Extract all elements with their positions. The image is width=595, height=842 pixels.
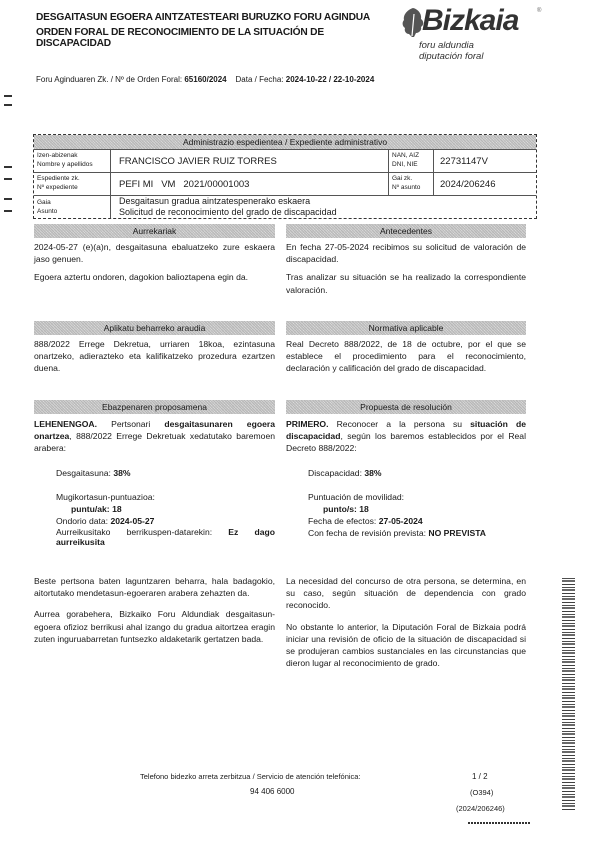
note-p2-es: No obstante lo anterior, la Diputación F… bbox=[286, 621, 526, 670]
section-header-propuesta: Propuesta de resolución bbox=[286, 400, 526, 414]
mobility-label-es: Puntuación de movilidad: bbox=[286, 491, 526, 503]
effect-date-eu: Ondorio data: 2024-05-27 bbox=[34, 515, 275, 527]
propuesta-text-eu: LEHENENGOA. Pertsonari desgaitasunaren e… bbox=[34, 418, 275, 547]
review-label-eu: Aurreikusitako berrikuspen-datarekin: bbox=[56, 527, 228, 537]
propuesta-lead-eu: LEHENENGOA. bbox=[34, 419, 97, 429]
antecedentes-text-eu: 2024-05-27 (e)(a)n, desgaitasuna ebaluat… bbox=[34, 241, 275, 290]
effect-date-label-es: Fecha de efectos: bbox=[308, 516, 379, 526]
propuesta-lead-es: PRIMERO. bbox=[286, 419, 329, 429]
antecedentes-text-es: En fecha 27-05-2024 recibimos su solicit… bbox=[286, 241, 526, 302]
title-spanish-line2: DISCAPACIDAD bbox=[36, 38, 111, 50]
antecedentes-p1-eu: 2024-05-27 (e)(a)n, desgaitasuna ebaluat… bbox=[34, 241, 275, 265]
propuesta-t1-es: Reconocer a la persona su bbox=[329, 419, 471, 429]
expediente-header: Administrazio espedientea / Expediente a… bbox=[34, 135, 536, 150]
expediente-label: Espediente zk. Nº expediente bbox=[34, 173, 111, 195]
date-label: Data / Fecha: bbox=[236, 75, 284, 84]
antecedentes-p1-es: En fecha 27-05-2024 recibimos su solicit… bbox=[286, 241, 526, 265]
disability-eu: Desgaitasuna: 38% bbox=[34, 467, 275, 479]
disability-value-eu: 38% bbox=[113, 468, 130, 478]
section-header-proposamena: Ebazpenaren proposamena bbox=[34, 400, 275, 414]
mobility-points-es: punto/s: 18 bbox=[286, 503, 526, 515]
asunto-value-eu: Desgaitasun gradua aintzatespenerako esk… bbox=[119, 196, 310, 207]
disability-label-eu: Desgaitasuna: bbox=[56, 468, 113, 478]
scan-mark bbox=[4, 198, 12, 200]
phone-label: Telefono bidezko arreta zerbitzua / Serv… bbox=[140, 772, 361, 781]
page-indicator: 1 / 2 bbox=[472, 772, 488, 781]
dni-label: NAN, AIZ DNI, NIE bbox=[389, 150, 434, 172]
logo-sub-basque: foru aldundia bbox=[419, 40, 474, 51]
asunto-value: Desgaitasun gradua aintzatespenerako esk… bbox=[111, 196, 345, 218]
name-label: Izen-abizenak Nombre y apellidos bbox=[34, 150, 111, 172]
asunto-label: Gaia Asunto bbox=[34, 196, 111, 218]
asunto-value-es: Solicitud de reconocimiento del grado de… bbox=[119, 207, 337, 218]
expediente-label-eu: Espediente zk. bbox=[37, 174, 107, 183]
propuesta-t2-eu: , 888/2022 Errege Dekretuak xedatutako b… bbox=[34, 431, 275, 453]
antecedentes-p2-eu: Egoera aztertu ondoren, dagokion baliozt… bbox=[34, 271, 275, 283]
scan-mark bbox=[4, 210, 12, 212]
note-p1-es: La necesidad del concurso de otra person… bbox=[286, 575, 526, 612]
asunto-number-label: Gai zk. Nº asunto bbox=[389, 173, 434, 195]
review-label-es: Con fecha de revisión prevista: bbox=[308, 528, 428, 538]
asunto-number-value: 2024/206246 bbox=[434, 173, 536, 195]
propuesta-text-es: PRIMERO. Reconocer a la persona su situa… bbox=[286, 418, 526, 540]
bizkaia-logo: Bizkaia foru aldundia diputación foral bbox=[400, 4, 550, 74]
mobility-points-label-eu: puntu/ak: bbox=[71, 504, 112, 514]
asunto-number-label-es: Nº asunto bbox=[392, 183, 430, 192]
document-code: (O394) bbox=[470, 788, 493, 797]
disability-value-es: 38% bbox=[364, 468, 381, 478]
scan-mark bbox=[4, 104, 12, 106]
note-p1-eu: Beste pertsona baten laguntzaren beharra… bbox=[34, 575, 275, 599]
effect-date-value-eu: 2024-05-27 bbox=[110, 516, 154, 526]
mobility-points-eu: puntu/ak: 18 bbox=[34, 503, 275, 515]
notes-eu: Beste pertsona baten laguntzaren beharra… bbox=[34, 575, 275, 651]
scan-mark bbox=[4, 95, 12, 97]
order-line: Foru Aginduaren Zk. / Nº de Orden Foral:… bbox=[36, 75, 374, 84]
effect-date-es: Fecha de efectos: 27-05-2024 bbox=[286, 515, 526, 527]
scan-mark bbox=[4, 178, 12, 180]
expediente-value: PEFI MI VM 2021/00001003 bbox=[111, 173, 389, 195]
mobility-points-label-es: punto/s: bbox=[323, 504, 359, 514]
effect-date-value-es: 27-05-2024 bbox=[379, 516, 423, 526]
expediente-label-es: Nº expediente bbox=[37, 183, 107, 192]
small-barcode bbox=[468, 822, 530, 824]
mobility-points-value-es: 18 bbox=[359, 504, 369, 514]
disability-label-es: Discapacidad: bbox=[308, 468, 364, 478]
title-basque: DESGAITASUN EGOERA AINTZATESTEARI BURUZK… bbox=[36, 12, 370, 24]
date-value: 2024-10-22 / 22-10-2024 bbox=[286, 75, 375, 84]
logo-sub-spanish: diputación foral bbox=[419, 51, 483, 62]
name-label-es: Nombre y apellidos bbox=[37, 160, 107, 169]
logo-brand: Bizkaia bbox=[422, 4, 518, 38]
notes-es: La necesidad del concurso de otra person… bbox=[286, 575, 526, 675]
effect-date-label-eu: Ondorio data: bbox=[56, 516, 110, 526]
review-value-es: NO PREVISTA bbox=[428, 528, 486, 538]
propuesta-t1-eu: Pertsonari bbox=[97, 419, 164, 429]
normativa-text-eu: 888/2022 Errege Dekretua, urriaren 18koa… bbox=[34, 338, 275, 375]
antecedentes-p2-es: Tras analizar su situación se ha realiza… bbox=[286, 271, 526, 295]
section-header-antecedentes: Antecedentes bbox=[286, 224, 526, 238]
asunto-number-label-eu: Gai zk. bbox=[392, 174, 430, 183]
dni-label-2: DNI, NIE bbox=[392, 160, 430, 169]
normativa-text-es: Real Decreto 888/2022, de 18 de octubre,… bbox=[286, 338, 526, 375]
dni-label-1: NAN, AIZ bbox=[392, 151, 430, 160]
asunto-row: Gaia Asunto Desgaitasun gradua aintzates… bbox=[34, 196, 536, 218]
mobility-label-eu: Mugikortasun-puntuazioa: bbox=[34, 491, 275, 503]
asunto-reference: (2024/206246) bbox=[456, 804, 505, 813]
vertical-barcode bbox=[562, 578, 575, 810]
disability-es: Discapacidad: 38% bbox=[286, 467, 526, 479]
name-row: Izen-abizenak Nombre y apellidos FRANCIS… bbox=[34, 150, 536, 173]
expediente-box: Administrazio espedientea / Expediente a… bbox=[33, 134, 537, 219]
phone-number: 94 406 6000 bbox=[250, 787, 295, 796]
section-header-aurrekariak: Aurrekariak bbox=[34, 224, 275, 238]
order-number: 65160/2024 bbox=[184, 75, 226, 84]
name-label-eu: Izen-abizenak bbox=[37, 151, 107, 160]
section-header-normativa: Normativa aplicable bbox=[286, 321, 526, 335]
dni-value: 22731147V bbox=[434, 150, 536, 172]
name-value: FRANCISCO JAVIER RUIZ TORRES bbox=[111, 150, 389, 172]
expediente-row: Espediente zk. Nº expediente PEFI MI VM … bbox=[34, 173, 536, 196]
registered-mark: ® bbox=[537, 8, 541, 14]
asunto-label-es: Asunto bbox=[37, 207, 107, 216]
review-eu: Aurreikusitako berrikuspen-datarekin: Ez… bbox=[34, 527, 275, 547]
order-label: Foru Aginduaren Zk. / Nº de Orden Foral: bbox=[36, 75, 182, 84]
scan-mark bbox=[4, 166, 12, 168]
mobility-points-value-eu: 18 bbox=[112, 504, 122, 514]
asunto-label-eu: Gaia bbox=[37, 198, 107, 207]
note-p2-eu: Aurrea gorabehera, Bizkaiko Foru Aldundi… bbox=[34, 608, 275, 645]
review-es: Con fecha de revisión prevista: NO PREVI… bbox=[286, 527, 526, 539]
section-header-araudia: Aplikatu beharreko araudia bbox=[34, 321, 275, 335]
